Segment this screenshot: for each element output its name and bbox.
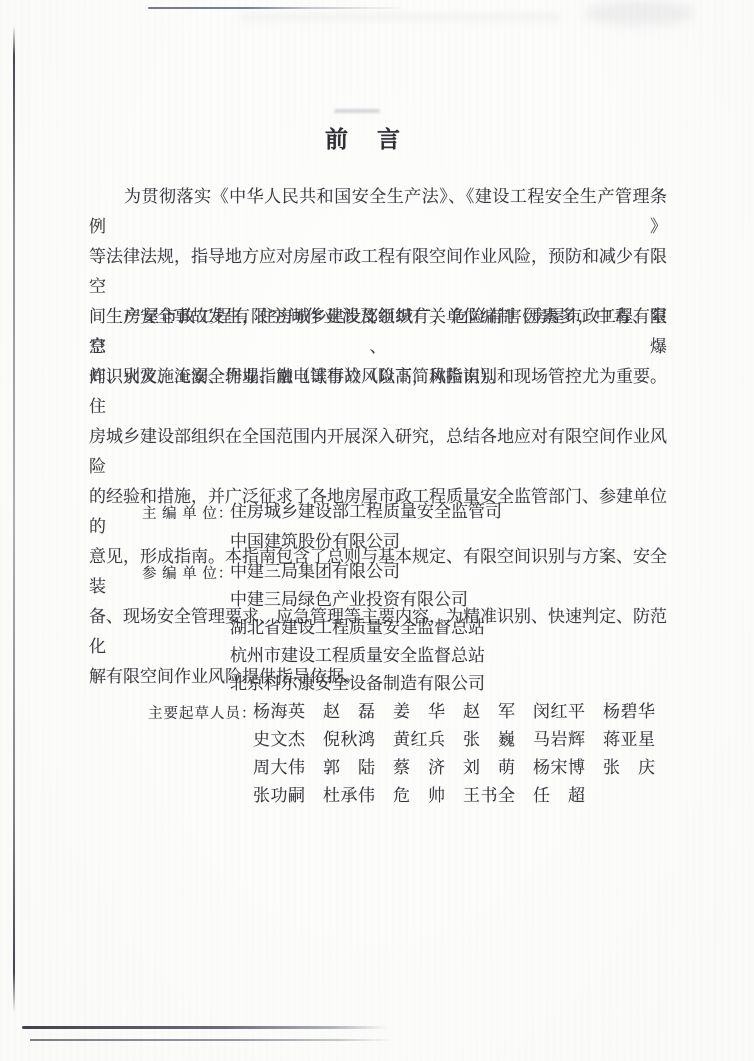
- paragraph-line: 为贯彻落实《中华人民共和国安全生产法》、《建设工程安全生产管理条例》: [89, 182, 667, 242]
- paragraph-line: 房城乡建设部组织在全国范围内开展深入研究，总结各地应对有限空间作业风险: [89, 422, 667, 482]
- participant-unit: 杭州市建设工程质量安全监督总站: [230, 645, 485, 667]
- paragraph-line: 炸、火灾、淹溺、坍塌、触电等事故风险高，风险识别和现场管控尤为重要。住: [89, 362, 667, 422]
- participant-unit: 湖北省建设工程质量安全监督总站: [230, 617, 485, 639]
- drafters-row: 史文杰 倪秋鸿 黄红兵 张 巍 马岩辉 蒋亚星: [253, 729, 656, 751]
- document-content: 前 言 为贯彻落实《中华人民共和国安全生产法》、《建设工程安全生产管理条例》 等…: [0, 0, 754, 1061]
- drafters-row: 周大伟 郭 陆 蔡 济 刘 萌 杨宋博 张 庆: [253, 757, 656, 779]
- paragraph-line: 等法律法规，指导地方应对房屋市政工程有限空间作业风险，预防和减少有限空: [89, 242, 667, 302]
- chief-editor-label: 主 编 单 位：: [142, 503, 233, 525]
- participant-label: 参 编 单 位：: [142, 563, 233, 585]
- participant-unit: 中建三局集团有限公司: [230, 561, 400, 583]
- drafters-row: 杨海英 赵 磊 姜 华 赵 军 闵红平 杨碧华: [253, 701, 656, 723]
- participant-unit: 北京科尔康安全设备制造有限公司: [230, 673, 485, 695]
- drafters-label: 主要起草人员：: [148, 703, 257, 725]
- drafters-row: 张功嗣 杜承伟 危 帅 王书全 任 超: [253, 785, 586, 807]
- paragraph-line: 房屋市政工程有限空间作业涉及领域广，危险有害因素多，中毒、窒息、爆: [89, 302, 667, 362]
- chief-editor-unit: 中国建筑股份有限公司: [230, 531, 400, 553]
- participant-unit: 中建三局绿色产业投资有限公司: [230, 589, 468, 611]
- page-title: 前 言: [0, 121, 741, 154]
- chief-editor-unit: 住房城乡建设部工程质量安全监管司: [230, 501, 502, 523]
- scanned-document-page: 前 言 为贯彻落实《中华人民共和国安全生产法》、《建设工程安全生产管理条例》 等…: [0, 0, 754, 1061]
